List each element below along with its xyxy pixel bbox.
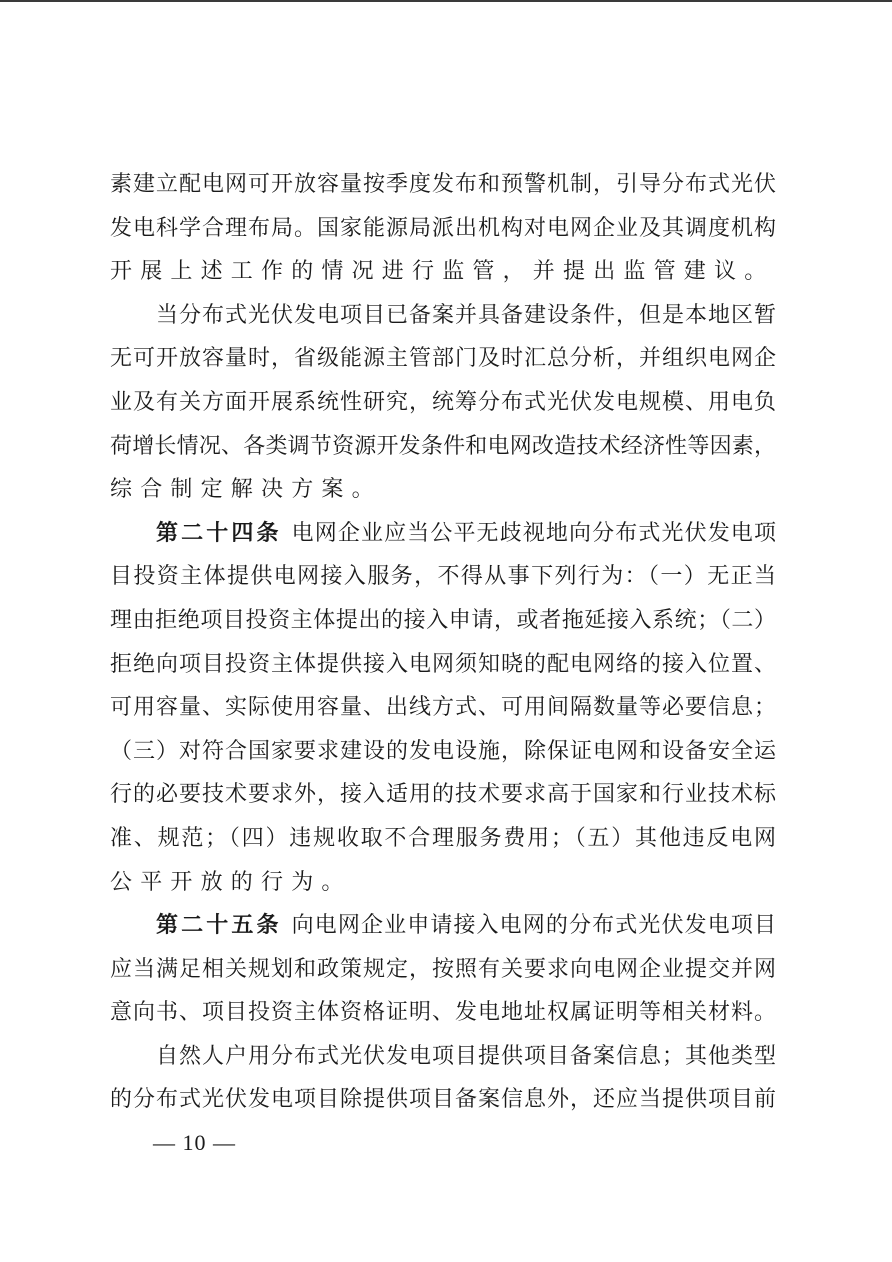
article-text: 电网企业应当公平无歧视地向分布式光伏发电项 [292, 521, 776, 546]
document-body: 素建立配电网可开放容量按季度发布和预警机制，引导分布式光伏 发电科学合理布局。国… [110, 163, 776, 1122]
text-line: 综合制定解决方案。 [110, 468, 776, 512]
article-text: 向电网企业申请接入电网的分布式光伏发电项目 [292, 913, 776, 938]
text-line: 的分布式光伏发电项目除提供项目备案信息外，还应当提供项目前 [110, 1078, 776, 1122]
text-line: 发电科学合理布局。国家能源局派出机构对电网企业及其调度机构 [110, 207, 776, 251]
text-line: 行的必要技术要求外，接入适用的技术要求高于国家和行业技术标 [110, 773, 776, 817]
article-heading: 第二十五条 [156, 912, 282, 938]
text-line: 第二十五条向电网企业申请接入电网的分布式光伏发电项目 [110, 904, 776, 948]
paragraph-no-capacity: 当分布式光伏发电项目已备案并具备建设条件，但是本地区暂 无可开放容量时，省级能源… [110, 294, 776, 512]
text-line: 当分布式光伏发电项目已备案并具备建设条件，但是本地区暂 [110, 294, 776, 338]
paragraph-household-pv: 自然人户用分布式光伏发电项目提供项目备案信息；其他类型 的分布式光伏发电项目除提… [110, 1035, 776, 1122]
article-25: 第二十五条向电网企业申请接入电网的分布式光伏发电项目 应当满足相关规划和政策规定… [110, 904, 776, 1035]
text-line: 拒绝向项目投资主体提供接入电网须知晓的配电网络的接入位置、 [110, 643, 776, 687]
text-line: 可用容量、实际使用容量、出线方式、可用间隔数量等必要信息； [110, 686, 776, 730]
text-line: 业及有关方面开展系统性研究，统筹分布式光伏发电规模、用电负 [110, 381, 776, 425]
text-line: 自然人户用分布式光伏发电项目提供项目备案信息；其他类型 [110, 1035, 776, 1079]
article-24: 第二十四条电网企业应当公平无歧视地向分布式光伏发电项 目投资主体提供电网接入服务… [110, 512, 776, 904]
text-line: 目投资主体提供电网接入服务，不得从事下列行为：（一）无正当 [110, 555, 776, 599]
text-line: （三）对符合国家要求建设的发电设施，除保证电网和设备安全运 [110, 730, 776, 774]
text-line: 素建立配电网可开放容量按季度发布和预警机制，引导分布式光伏 [110, 163, 776, 207]
text-line: 准、规范；（四）违规收取不合理服务费用；（五）其他违反电网 [110, 817, 776, 861]
text-line: 意向书、项目投资主体资格证明、发电地址权属证明等相关材料。 [110, 991, 776, 1035]
paragraph-continued: 素建立配电网可开放容量按季度发布和预警机制，引导分布式光伏 发电科学合理布局。国… [110, 163, 776, 294]
text-line: 荷增长情况、各类调节资源开发条件和电网改造技术经济性等因素， [110, 425, 776, 469]
page-top-rule [0, 0, 892, 2]
text-line: 第二十四条电网企业应当公平无歧视地向分布式光伏发电项 [110, 512, 776, 556]
text-line: 无可开放容量时，省级能源主管部门及时汇总分析，并组织电网企 [110, 337, 776, 381]
text-line: 应当满足相关规划和政策规定，按照有关要求向电网企业提交并网 [110, 948, 776, 992]
text-line: 公平开放的行为。 [110, 861, 776, 905]
page-number: — 10 — [153, 1130, 236, 1156]
text-line: 开展上述工作的情况进行监管，并提出监管建议。 [110, 250, 776, 294]
article-heading: 第二十四条 [156, 520, 282, 546]
text-line: 理由拒绝项目投资主体提出的接入申请，或者拖延接入系统；（二） [110, 599, 776, 643]
